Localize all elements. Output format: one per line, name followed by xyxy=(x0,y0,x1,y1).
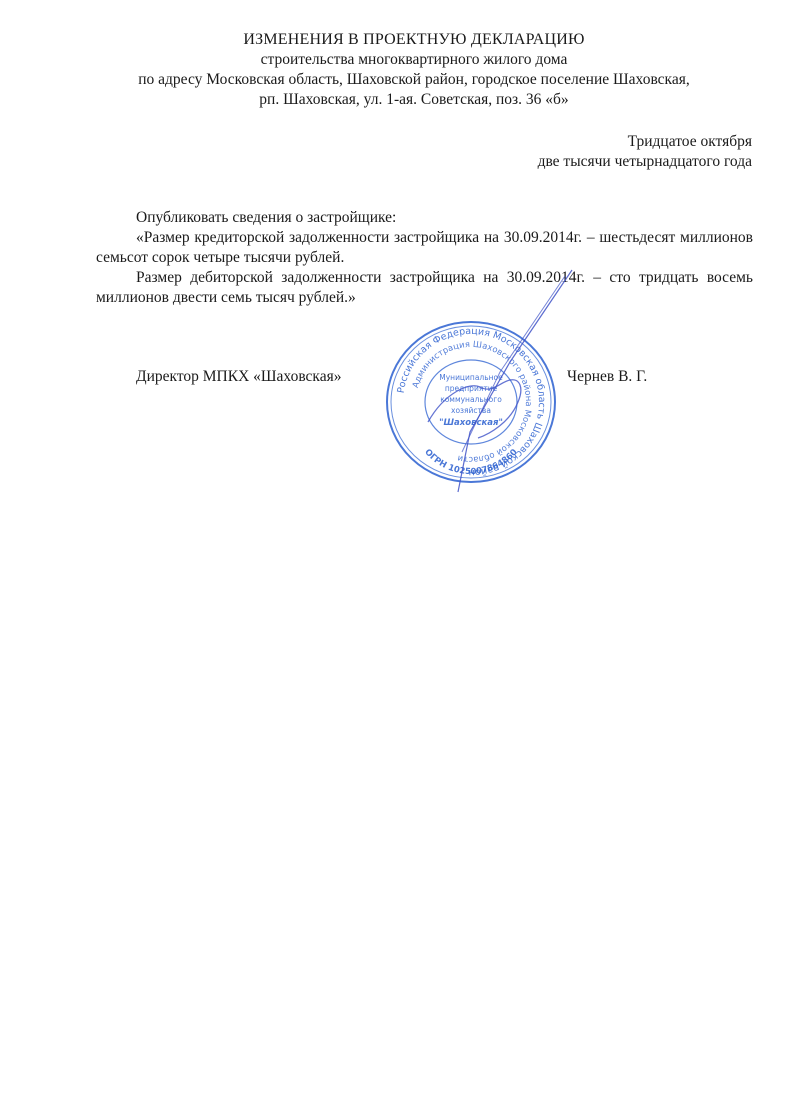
svg-text:"Шаховская": "Шаховская" xyxy=(439,418,503,428)
stamp-seal-icon: Российская Федерация Московская область … xyxy=(378,318,564,486)
address-line: по адресу Московская область, Шаховской … xyxy=(28,70,800,90)
date-line: Тридцатое октября xyxy=(538,132,752,152)
svg-text:хозяйства: хозяйства xyxy=(451,406,491,415)
paragraph: Размер дебиторской задолженности застрой… xyxy=(96,268,753,308)
svg-text:Муниципальное: Муниципальное xyxy=(439,373,503,382)
svg-text:предприятие: предприятие xyxy=(445,384,498,393)
document-page: ИЗМЕНЕНИЯ В ПРОЕКТНУЮ ДЕКЛАРАЦИЮ строите… xyxy=(0,0,800,1100)
document-body: Опубликовать сведения о застройщике: «Ра… xyxy=(96,208,753,308)
document-title: ИЗМЕНЕНИЯ В ПРОЕКТНУЮ ДЕКЛАРАЦИЮ xyxy=(28,30,800,50)
signatory-position: Директор МПКХ «Шаховская» xyxy=(136,368,342,386)
date-line: две тысячи четырнадцатого года xyxy=(538,152,752,172)
paragraph: Опубликовать сведения о застройщике: xyxy=(96,208,753,228)
document-date: Тридцатое октября две тысячи четырнадцат… xyxy=(538,132,752,172)
subtitle-line: строительства многоквартирного жилого до… xyxy=(28,50,800,70)
signatory-name: Чернев В. Г. xyxy=(567,368,647,386)
document-header: ИЗМЕНЕНИЯ В ПРОЕКТНУЮ ДЕКЛАРАЦИЮ строите… xyxy=(0,30,800,110)
svg-text:коммунального: коммунального xyxy=(440,395,502,404)
paragraph: «Размер кредиторской задолженности застр… xyxy=(96,228,753,268)
address-line: рп. Шаховская, ул. 1-ая. Советская, поз.… xyxy=(28,90,800,110)
